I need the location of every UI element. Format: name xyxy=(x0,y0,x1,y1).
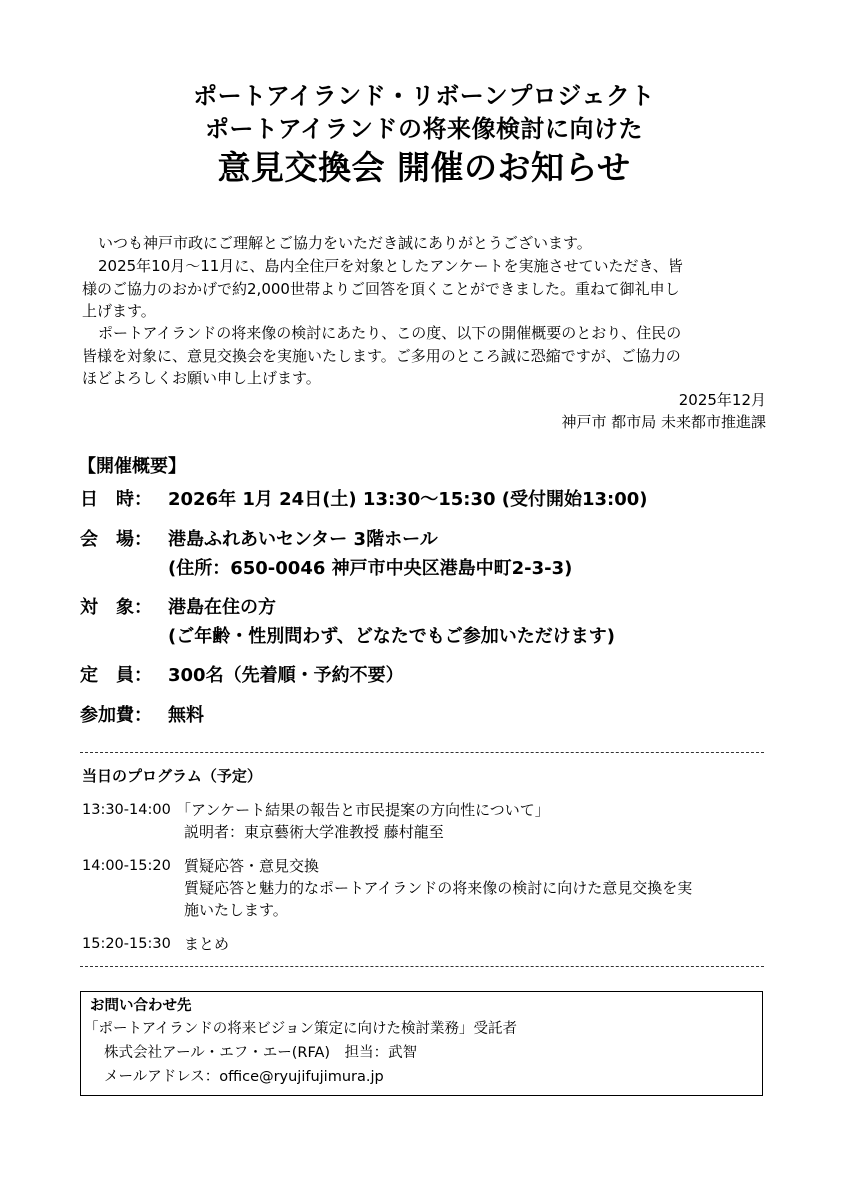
intro-survey-line2: 様のご協力のおかげで約2,000世帯よりご回答を頂くことができました。重ねて御礼… xyxy=(82,278,680,301)
program-item-3-title: まとめ xyxy=(184,933,229,955)
fee-label: 参加費： xyxy=(80,704,168,728)
issuer-department: 神戸市 都市局 未来都市推進課 xyxy=(561,411,766,433)
contact-email-row: メールアドレス：office@ryujifujimura.jp xyxy=(104,1066,384,1088)
target-label: 対 象： xyxy=(80,596,168,620)
overview-capacity: 定 員：300名（先着順・予約不要） xyxy=(80,664,404,688)
datetime-value: 2026年 1月 24日(土) 13:30～15:30 (受付開始13:00) xyxy=(168,489,648,510)
intro-survey-line3: 上げます。 xyxy=(82,300,156,323)
program-item-2-title: 質疑応答・意見交換 xyxy=(184,855,319,877)
divider-top xyxy=(80,752,764,753)
capacity-label: 定 員： xyxy=(80,664,168,688)
contact-email-link[interactable]: office@ryujifujimura.jp xyxy=(219,1069,383,1085)
venue-address: (住所：650-0046 神戸市中央区港島中町2-3-3) xyxy=(168,557,572,581)
overview-target: 対 象：港島在住の方 xyxy=(80,596,276,620)
venue-label: 会 場： xyxy=(80,528,168,552)
contact-heading: お問い合わせ先 xyxy=(90,995,192,1017)
overview-heading: 【開催概要】 xyxy=(78,452,186,478)
program-item-2-detail-line1: 質疑応答と魅力的なポートアイランドの将来像の検討に向けた意見交換を実 xyxy=(184,877,692,899)
target-value: 港島在住の方 xyxy=(168,597,276,618)
program-item-3-time: 15:20-15:30 xyxy=(82,933,171,955)
fee-value: 無料 xyxy=(168,705,204,726)
intro-purpose-line1: ポートアイランドの将来像の検討にあたり、この度、以下の開催概要のとおり、住民の xyxy=(98,322,681,345)
overview-fee: 参加費：無料 xyxy=(80,704,204,728)
contact-project: 「ポートアイランドの将来ビジョン策定に向けた検討業務」受託者 xyxy=(84,1018,517,1040)
intro-greeting: いつも神戸市政にご理解とご協力をいただき誠にありがとうございます。 xyxy=(98,232,592,255)
intro-survey-line1: 2025年10月～11月に、島内全住戸を対象としたアンケートを実施させていただき… xyxy=(98,255,683,278)
capacity-value: 300名（先着順・予約不要） xyxy=(168,665,404,686)
title-subtitle: ポートアイランドの将来像検討に向けた xyxy=(0,113,848,145)
overview-venue: 会 場：港島ふれあいセンター 3階ホール xyxy=(80,528,438,552)
program-item-2-time: 14:00-15:20 xyxy=(82,855,171,877)
contact-company: 株式会社アール・エフ・エー(RFA) 担当：武智 xyxy=(104,1042,417,1064)
overview-datetime: 日 時：2026年 1月 24日(土) 13:30～15:30 (受付開始13:… xyxy=(80,488,648,512)
program-item-1-detail: 説明者：東京藝術大学准教授 藤村龍至 xyxy=(184,821,444,843)
program-heading: 当日のプログラム（予定） xyxy=(82,765,262,786)
intro-purpose-line3: ほどよろしくお願い申し上げます。 xyxy=(82,367,321,390)
program-item-1-title: 「アンケート結果の報告と市民提案の方向性について」 xyxy=(176,799,550,821)
divider-bottom xyxy=(80,966,764,967)
program-item-1-time: 13:30-14:00 xyxy=(82,799,171,821)
title-project-name: ポートアイランド・リボーンプロジェクト xyxy=(0,80,848,112)
contact-email-label: メールアドレス： xyxy=(104,1069,219,1085)
venue-value: 港島ふれあいセンター 3階ホール xyxy=(168,529,438,550)
datetime-label: 日 時： xyxy=(80,488,168,512)
issue-date: 2025年12月 xyxy=(679,389,766,411)
target-note: (ご年齢・性別問わず、どなたでもご参加いただけます) xyxy=(168,625,615,649)
intro-purpose-line2: 皆様を対象に、意見交換会を実施いたします。ご多用のところ誠に恐縮ですが、ご協力の xyxy=(82,345,681,368)
page-title: 意見交換会 開催のお知らせ xyxy=(0,146,848,190)
program-item-2-detail-line2: 施いたします。 xyxy=(184,899,288,921)
